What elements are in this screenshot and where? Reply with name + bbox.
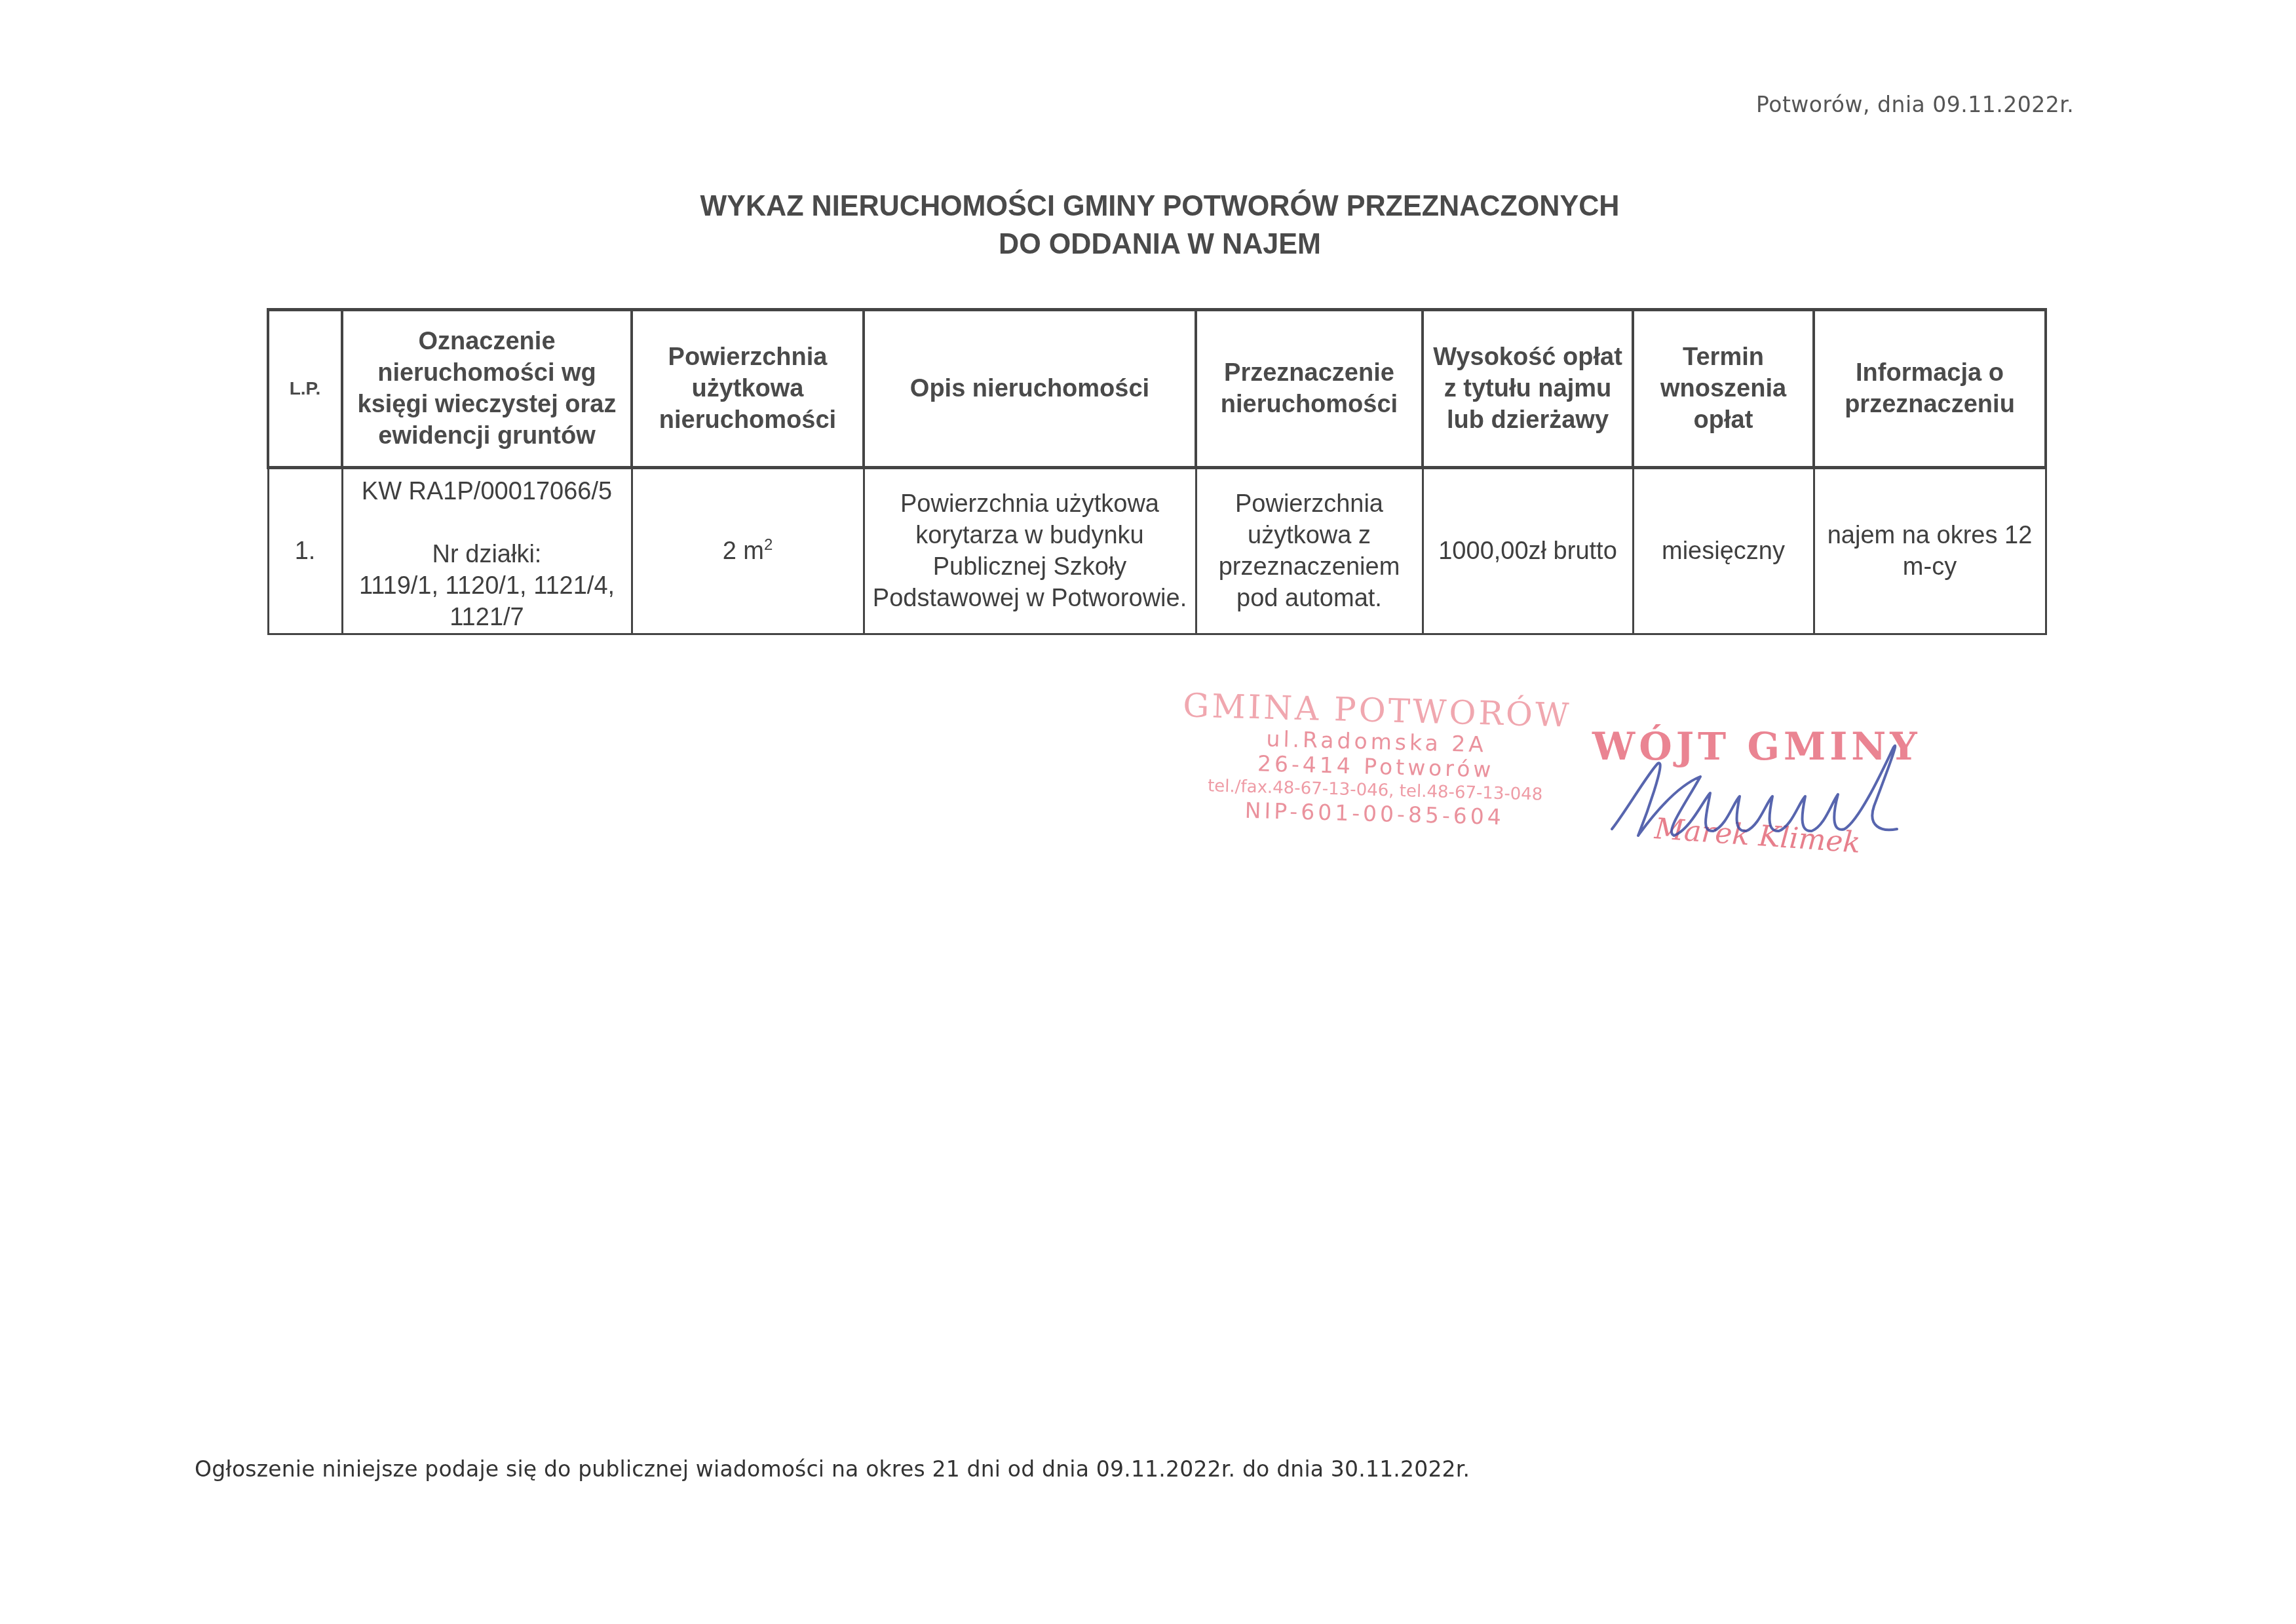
column-header-purpose-info: Informacja o przeznaczeniu bbox=[1814, 310, 2046, 468]
table-row: 1. KW RA1P/00017066/5 Nr działki: 1119/1… bbox=[268, 468, 2046, 634]
cell-purpose-info: najem na okres 12 m-cy bbox=[1814, 468, 2046, 634]
mayor-stamp: WÓJT GMINY Marek Klimek bbox=[1586, 721, 1979, 878]
handwritten-signature-icon bbox=[1586, 721, 1979, 878]
cell-usable-area: 2 m2 bbox=[632, 468, 864, 634]
column-header-land-register: Oznaczenie nieruchomości wg księgi wiecz… bbox=[342, 310, 632, 468]
cell-land-register: KW RA1P/00017066/5 Nr działki: 1119/1, 1… bbox=[342, 468, 632, 634]
column-header-payment-term: Termin wnoszenia opłat bbox=[1633, 310, 1814, 468]
plot-label: Nr działki: bbox=[347, 539, 627, 570]
property-list-table: L.P. Oznaczenie nieruchomości wg księgi … bbox=[267, 308, 2047, 635]
column-header-purpose: Przeznaczenie nieruchomości bbox=[1196, 310, 1423, 468]
document-title-line-2: DO ODDANIA W NAJEM bbox=[23, 225, 2296, 263]
cell-purpose: Powierzchnia użytkowa z przeznaczeniem p… bbox=[1196, 468, 1423, 634]
cell-lp: 1. bbox=[268, 468, 342, 634]
document-title-line-1: WYKAZ NIERUCHOMOŚCI GMINY POTWORÓW PRZEZ… bbox=[23, 187, 2296, 225]
municipality-office-stamp: GMINA POTWORÓW ul.Radomska 2A 26-414 Pot… bbox=[1177, 686, 1574, 832]
place-and-date: Potworów, dnia 09.11.2022r. bbox=[1756, 92, 2074, 117]
column-header-usable-area: Powierzchnia użytkowa nieruchomości bbox=[632, 310, 864, 468]
table-header-row: L.P. Oznaczenie nieruchomości wg księgi … bbox=[268, 310, 2046, 468]
cell-fee-amount: 1000,00zł brutto bbox=[1423, 468, 1633, 634]
cell-payment-term: miesięczny bbox=[1633, 468, 1814, 634]
publication-notice: Ogłoszenie niniejsze podaje się do publi… bbox=[195, 1456, 1470, 1482]
plot-numbers: 1119/1, 1120/1, 1121/4, 1121/7 bbox=[347, 570, 627, 633]
column-header-fee-amount: Wysokość opłat z tytułu najmu lub dzierż… bbox=[1423, 310, 1633, 468]
cell-description: Powierzchnia użytkowa korytarza w budynk… bbox=[864, 468, 1196, 634]
column-header-lp: L.P. bbox=[268, 310, 342, 468]
document-title: WYKAZ NIERUCHOMOŚCI GMINY POTWORÓW PRZEZ… bbox=[0, 187, 2296, 263]
land-register-number: KW RA1P/00017066/5 bbox=[347, 476, 627, 507]
usable-area-value: 2 m bbox=[723, 537, 764, 565]
usable-area-unit-exponent: 2 bbox=[764, 536, 773, 554]
column-header-description: Opis nieruchomości bbox=[864, 310, 1196, 468]
